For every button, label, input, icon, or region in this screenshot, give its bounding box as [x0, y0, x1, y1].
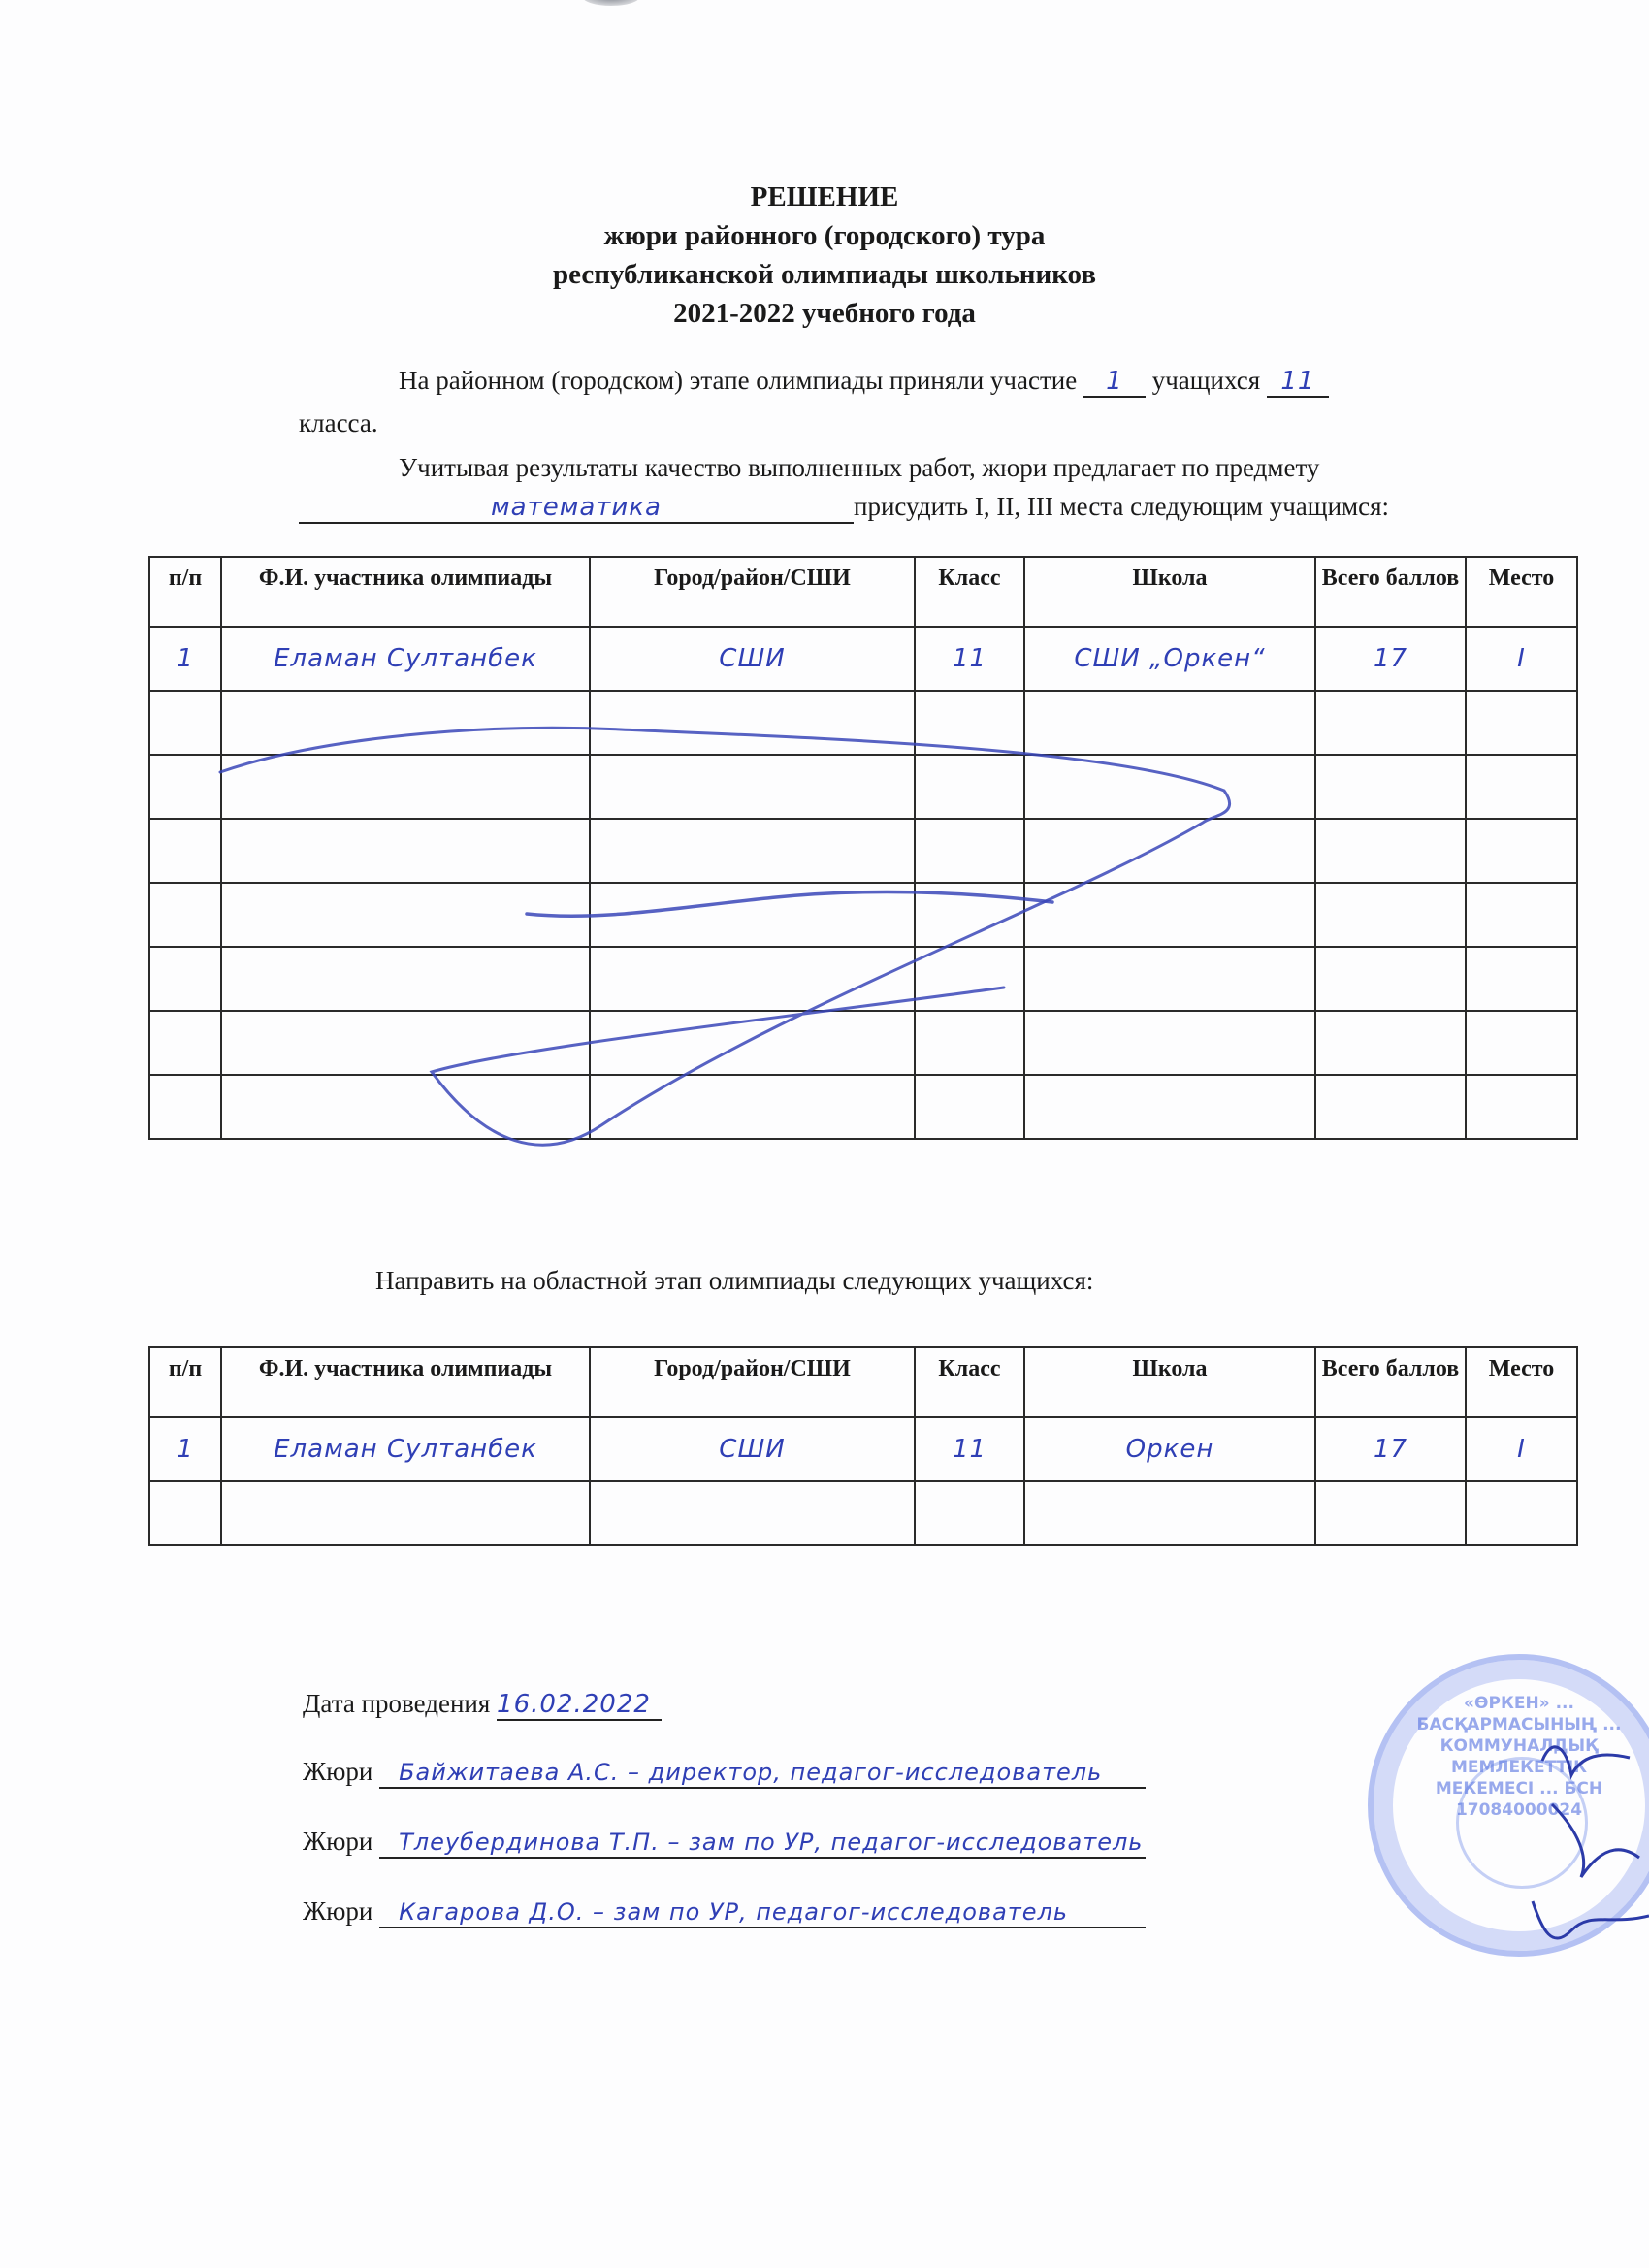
- cell-school-value: Оркен: [1126, 1435, 1214, 1464]
- cell-name[interactable]: [221, 1075, 590, 1139]
- cell-name[interactable]: [221, 1481, 590, 1545]
- intro-text-1: На районном (городском) этапе олимпиады …: [399, 366, 1077, 395]
- cell-grade[interactable]: [915, 755, 1024, 819]
- cell-place[interactable]: [1466, 947, 1577, 1011]
- cell-grade[interactable]: [915, 1481, 1024, 1545]
- jury-line-2: Жюри Тлеубердинова Т.П. – зам по УР, пед…: [303, 1824, 1146, 1859]
- cell-grade-value: 11: [953, 1435, 986, 1464]
- header-place: Место: [1466, 557, 1577, 627]
- header-name: Ф.И. участника олимпиады: [221, 557, 590, 627]
- award-line-2: математикаприсудить I, II, III места сле…: [299, 489, 1389, 524]
- table-row: [149, 1011, 1577, 1075]
- header-name: Ф.И. участника олимпиады: [221, 1347, 590, 1417]
- cell-number[interactable]: [149, 1481, 221, 1545]
- cell-place[interactable]: [1466, 755, 1577, 819]
- header-school: Школа: [1024, 1347, 1315, 1417]
- cell-score[interactable]: [1315, 1481, 1466, 1545]
- table-row: 1Еламан СултанбекСШИ11СШИ „Оркен“17I: [149, 627, 1577, 691]
- cell-name[interactable]: [221, 883, 590, 947]
- grade-field[interactable]: 11: [1267, 366, 1329, 398]
- cell-number[interactable]: [149, 819, 221, 883]
- table-row: [149, 883, 1577, 947]
- cell-place[interactable]: I: [1466, 1417, 1577, 1481]
- cell-score[interactable]: [1315, 755, 1466, 819]
- jury-label: Жюри: [303, 1896, 372, 1926]
- regional-heading: Направить на областной этап олимпиады сл…: [375, 1263, 1093, 1298]
- cell-grade[interactable]: 11: [915, 1417, 1024, 1481]
- header-city: Город/район/СШИ: [590, 557, 915, 627]
- cell-school-value: СШИ „Оркен“: [1074, 644, 1265, 673]
- table-row: [149, 1481, 1577, 1545]
- cell-name[interactable]: [221, 691, 590, 755]
- cell-school[interactable]: [1024, 1075, 1315, 1139]
- jury-line-3: Жюри Кагарова Д.О. – зам по УР, педагог-…: [303, 1894, 1146, 1928]
- subtitle-line-1: жюри районного (городского) тура: [0, 216, 1649, 255]
- cell-name-value: Еламан Султанбек: [274, 644, 537, 673]
- cell-city[interactable]: [590, 819, 915, 883]
- subject-value: математика: [491, 493, 662, 522]
- table-header-row: п/п Ф.И. участника олимпиады Город/район…: [149, 1347, 1577, 1417]
- cell-number[interactable]: [149, 691, 221, 755]
- cell-grade[interactable]: 11: [915, 627, 1024, 691]
- cell-score[interactable]: [1315, 1075, 1466, 1139]
- jury-label: Жюри: [303, 1757, 372, 1786]
- cell-city-value: СШИ: [719, 644, 785, 673]
- cell-city[interactable]: [590, 691, 915, 755]
- table-row: [149, 1075, 1577, 1139]
- jury-field-2[interactable]: Тлеубердинова Т.П. – зам по УР, педагог-…: [379, 1827, 1146, 1859]
- cell-grade[interactable]: [915, 1011, 1024, 1075]
- participants-count-field[interactable]: 1: [1083, 366, 1146, 398]
- document-title-block: РЕШЕНИЕ жюри районного (городского) тура…: [0, 178, 1649, 333]
- cell-score-value: 17: [1374, 1435, 1407, 1464]
- cell-school[interactable]: Оркен: [1024, 1417, 1315, 1481]
- award-text-2: присудить I, II, III места следующим уча…: [854, 492, 1389, 521]
- table-row: [149, 947, 1577, 1011]
- cell-school[interactable]: [1024, 947, 1315, 1011]
- cell-name[interactable]: [221, 755, 590, 819]
- cell-name[interactable]: Еламан Султанбек: [221, 627, 590, 691]
- cell-name[interactable]: [221, 819, 590, 883]
- intro-text-2: учащихся: [1152, 366, 1260, 395]
- cell-city[interactable]: [590, 1481, 915, 1545]
- header-city: Город/район/СШИ: [590, 1347, 915, 1417]
- subject-field[interactable]: математика: [299, 492, 854, 524]
- jury-line-1: Жюри Байжитаева А.С. – директор, педагог…: [303, 1754, 1146, 1789]
- cell-score[interactable]: [1315, 883, 1466, 947]
- cell-school[interactable]: [1024, 819, 1315, 883]
- header-school: Школа: [1024, 557, 1315, 627]
- grade-value: 11: [1280, 367, 1314, 396]
- cell-score[interactable]: 17: [1315, 1417, 1466, 1481]
- cell-score[interactable]: [1315, 1011, 1466, 1075]
- cell-place[interactable]: [1466, 1011, 1577, 1075]
- cell-number[interactable]: [149, 755, 221, 819]
- cell-school[interactable]: [1024, 1011, 1315, 1075]
- document-title: РЕШЕНИЕ: [0, 178, 1649, 216]
- date-value: 16.02.2022: [497, 1690, 651, 1719]
- cell-score[interactable]: [1315, 819, 1466, 883]
- jury-label: Жюри: [303, 1827, 372, 1856]
- cell-number[interactable]: [149, 1075, 221, 1139]
- cell-school[interactable]: [1024, 691, 1315, 755]
- cell-place[interactable]: [1466, 819, 1577, 883]
- cell-number-value: 1: [177, 644, 194, 673]
- cell-place[interactable]: [1466, 691, 1577, 755]
- cell-grade[interactable]: [915, 883, 1024, 947]
- header-score: Всего баллов: [1315, 557, 1466, 627]
- cell-name[interactable]: [221, 947, 590, 1011]
- cell-number-value: 1: [177, 1435, 194, 1464]
- cell-grade[interactable]: [915, 1075, 1024, 1139]
- cell-school[interactable]: [1024, 883, 1315, 947]
- header-number: п/п: [149, 1347, 221, 1417]
- intro-line: На районном (городском) этапе олимпиады …: [399, 363, 1329, 398]
- header-place: Место: [1466, 1347, 1577, 1417]
- jury-value-2: Тлеубердинова Т.П. – зам по УР, педагог-…: [399, 1829, 1143, 1856]
- cell-name[interactable]: [221, 1011, 590, 1075]
- jury-value-1: Байжитаева А.С. – директор, педагог-иссл…: [399, 1759, 1102, 1786]
- scan-artifact: [582, 0, 640, 6]
- winners-table: п/п Ф.И. участника олимпиады Город/район…: [148, 556, 1578, 1140]
- cell-city[interactable]: [590, 1075, 915, 1139]
- cell-number[interactable]: 1: [149, 1417, 221, 1481]
- table-row: [149, 819, 1577, 883]
- table-row: [149, 691, 1577, 755]
- cell-grade-value: 11: [953, 644, 986, 673]
- cell-name[interactable]: Еламан Султанбек: [221, 1417, 590, 1481]
- regional-table: п/п Ф.И. участника олимпиады Город/район…: [148, 1346, 1578, 1546]
- award-line: Учитывая результаты качество выполненных…: [399, 450, 1319, 485]
- subtitle-line-3: 2021-2022 учебного года: [0, 294, 1649, 333]
- official-stamp: «ӨРКЕН» ... БАСҚАРМАСЫНЫҢ ... КОММУНАЛДЫ…: [1368, 1654, 1649, 1957]
- header-number: п/п: [149, 557, 221, 627]
- cell-place[interactable]: I: [1466, 627, 1577, 691]
- cell-score[interactable]: 17: [1315, 627, 1466, 691]
- cell-city[interactable]: СШИ: [590, 1417, 915, 1481]
- cell-number[interactable]: [149, 1011, 221, 1075]
- participants-count-value: 1: [1106, 367, 1123, 396]
- date-label: Дата проведения: [303, 1689, 490, 1718]
- jury-field-1[interactable]: Байжитаева А.С. – директор, педагог-иссл…: [379, 1757, 1146, 1789]
- cell-place[interactable]: [1466, 1075, 1577, 1139]
- date-line: Дата проведения 16.02.2022: [303, 1686, 662, 1721]
- cell-place-value: I: [1517, 1435, 1526, 1464]
- cell-score[interactable]: [1315, 947, 1466, 1011]
- cell-grade[interactable]: [915, 819, 1024, 883]
- cell-number[interactable]: [149, 883, 221, 947]
- cell-city[interactable]: [590, 947, 915, 1011]
- cell-city[interactable]: СШИ: [590, 627, 915, 691]
- cell-school[interactable]: [1024, 755, 1315, 819]
- cell-grade[interactable]: [915, 691, 1024, 755]
- table-row: 1Еламан СултанбекСШИ11Оркен17I: [149, 1417, 1577, 1481]
- date-field[interactable]: 16.02.2022: [497, 1689, 662, 1721]
- cell-number[interactable]: 1: [149, 627, 221, 691]
- jury-field-3[interactable]: Кагарова Д.О. – зам по УР, педагог-иссле…: [379, 1896, 1146, 1928]
- cell-city[interactable]: [590, 1011, 915, 1075]
- jury-value-3: Кагарова Д.О. – зам по УР, педагог-иссле…: [399, 1898, 1068, 1926]
- header-score: Всего баллов: [1315, 1347, 1466, 1417]
- cell-score-value: 17: [1374, 644, 1407, 673]
- cell-school[interactable]: [1024, 1481, 1315, 1545]
- intro-line-2: класса.: [299, 405, 378, 440]
- cell-place[interactable]: [1466, 883, 1577, 947]
- emblem-icon: [1456, 1757, 1588, 1889]
- table-row: [149, 755, 1577, 819]
- cell-number[interactable]: [149, 947, 221, 1011]
- cell-school[interactable]: СШИ „Оркен“: [1024, 627, 1315, 691]
- subtitle-line-2: республиканской олимпиады школьников: [0, 255, 1649, 294]
- cell-city-value: СШИ: [719, 1435, 785, 1464]
- header-grade: Класс: [915, 1347, 1024, 1417]
- cell-city[interactable]: [590, 883, 915, 947]
- table-header-row: п/п Ф.И. участника олимпиады Город/район…: [149, 557, 1577, 627]
- cell-grade[interactable]: [915, 947, 1024, 1011]
- cell-place[interactable]: [1466, 1481, 1577, 1545]
- header-grade: Класс: [915, 557, 1024, 627]
- cell-score[interactable]: [1315, 691, 1466, 755]
- cell-city[interactable]: [590, 755, 915, 819]
- cell-name-value: Еламан Султанбек: [274, 1435, 537, 1464]
- cell-place-value: I: [1517, 644, 1526, 673]
